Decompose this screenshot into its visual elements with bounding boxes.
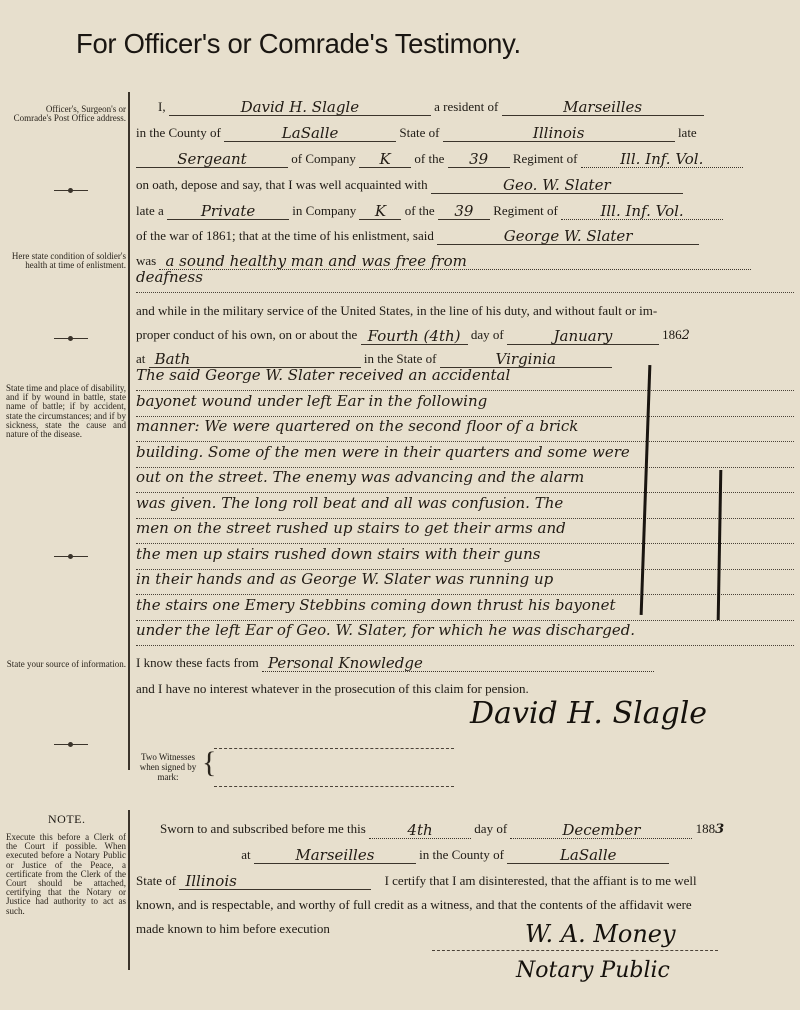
county-line: in the County of LaSalle State of Illino…: [136, 124, 794, 142]
divider-ornament: [54, 190, 88, 191]
residence-field[interactable]: Marseilles: [502, 99, 704, 116]
jurat-place-field[interactable]: Marseilles: [254, 847, 416, 864]
narrative-line[interactable]: the stairs one Emery Stebbins coming dow…: [136, 594, 794, 621]
narrative-line[interactable]: out on the street. The enemy was advanci…: [136, 466, 794, 493]
soldier-name-field[interactable]: Geo. W. Slater: [431, 177, 683, 194]
health-field-2[interactable]: deafness: [136, 266, 794, 293]
margin-note-source: State your source of information.: [6, 660, 126, 669]
soldier-full-name-field[interactable]: George W. Slater: [437, 228, 699, 245]
witness-line-2[interactable]: [214, 786, 454, 788]
note-heading: NOTE.: [48, 812, 86, 827]
narrative-line[interactable]: in their hands and as George W. Slater w…: [136, 568, 794, 595]
witness-line-1[interactable]: [214, 748, 454, 750]
margin-rule: [128, 92, 130, 770]
margin-note-health: Here state condition of soldier's health…: [6, 252, 126, 270]
divider-ornament: [54, 744, 88, 745]
divider-ornament: [54, 556, 88, 557]
form-title: For Officer's or Comrade's Testimony.: [76, 28, 703, 60]
sworn-line: Sworn to and subscribed before me this 4…: [136, 820, 794, 838]
affiant-company-field[interactable]: K: [359, 151, 411, 168]
county-field[interactable]: LaSalle: [224, 125, 396, 142]
witness-label: Two Witnesses when signed by mark:: [132, 752, 204, 782]
narrative-line[interactable]: men on the street rushed up stairs to ge…: [136, 517, 794, 544]
jurat-known-line: known, and is respectable, and worthy of…: [136, 896, 794, 914]
affiant-regiment-field[interactable]: Ill. Inf. Vol.: [581, 151, 743, 168]
affiant-regiment-no-field[interactable]: 39: [448, 151, 510, 168]
narrative-line[interactable]: under the left Ear of Geo. W. Slater, fo…: [136, 619, 794, 646]
service-text-line: and while in the military service of the…: [136, 302, 794, 320]
acquaintance-line: on oath, depose and say, that I was well…: [136, 176, 794, 194]
margin-rule-lower: [128, 810, 130, 970]
source-line: I know these facts from Personal Knowled…: [136, 654, 794, 672]
jurat-state-field[interactable]: Illinois: [179, 873, 371, 890]
narrative-line[interactable]: manner: We were quartered on the second …: [136, 415, 794, 442]
officer-title: Notary Public: [516, 958, 670, 983]
soldier-regiment-field[interactable]: Ill. Inf. Vol.: [561, 203, 723, 220]
jurat-year-field[interactable]: 3: [715, 822, 724, 837]
source-field[interactable]: Personal Knowledge: [262, 655, 654, 672]
soldier-company-field[interactable]: K: [359, 203, 401, 220]
officer-signature: W. A. Money: [525, 920, 676, 948]
jurat-day-field[interactable]: 4th: [369, 822, 471, 839]
margin-note-address: Officer's, Surgeon's or Comrade's Post O…: [6, 105, 126, 123]
divider-ornament: [54, 338, 88, 339]
affiant-signature: David H. Slagle: [470, 696, 707, 731]
narrative-line[interactable]: was given. The long roll beat and all wa…: [136, 492, 794, 519]
soldier-rank-field[interactable]: Private: [167, 203, 289, 220]
affiant-line: I, David H. Slagle a resident of Marseil…: [136, 98, 794, 116]
jurat-month-field[interactable]: December: [510, 822, 692, 839]
margin-note-disability: State time and place of disability, and …: [6, 384, 126, 439]
jurat-county-field[interactable]: LaSalle: [507, 847, 669, 864]
incident-day-field[interactable]: Fourth (4th): [361, 328, 468, 345]
narrative-line[interactable]: The said George W. Slater received an ac…: [136, 364, 794, 391]
jurat-place-line: at Marseilles in the County of LaSalle: [136, 846, 794, 864]
affiant-service-line: Sergeant of Company K of the 39 Regiment…: [136, 150, 794, 168]
enlistment-line: of the war of 1861; that at the time of …: [136, 227, 794, 245]
soldier-service-line: late a Private in Company K of the 39 Re…: [136, 202, 794, 220]
officer-signature-line: [432, 950, 718, 952]
soldier-regiment-no-field[interactable]: 39: [438, 203, 490, 220]
incident-year-field[interactable]: 2: [682, 328, 690, 343]
narrative-line[interactable]: bayonet wound under left Ear in the foll…: [136, 390, 794, 417]
jurat-state-line: State of Illinois I certify that I am di…: [136, 872, 794, 890]
brace-icon: {: [202, 748, 216, 778]
affiant-name-field[interactable]: David H. Slagle: [169, 99, 431, 116]
state-field[interactable]: Illinois: [443, 125, 675, 142]
affiant-rank-field[interactable]: Sergeant: [136, 151, 288, 168]
incident-date-line: proper conduct of his own, on or about t…: [136, 326, 794, 344]
note-body: Execute this before a Clerk of the Court…: [6, 833, 126, 916]
narrative-line[interactable]: building. Some of the men were in their …: [136, 441, 794, 468]
narrative-line[interactable]: the men up stairs rushed down stairs wit…: [136, 543, 794, 570]
incident-month-field[interactable]: January: [507, 328, 659, 345]
jurat-made-known-line: made known to him before execution: [136, 920, 794, 938]
